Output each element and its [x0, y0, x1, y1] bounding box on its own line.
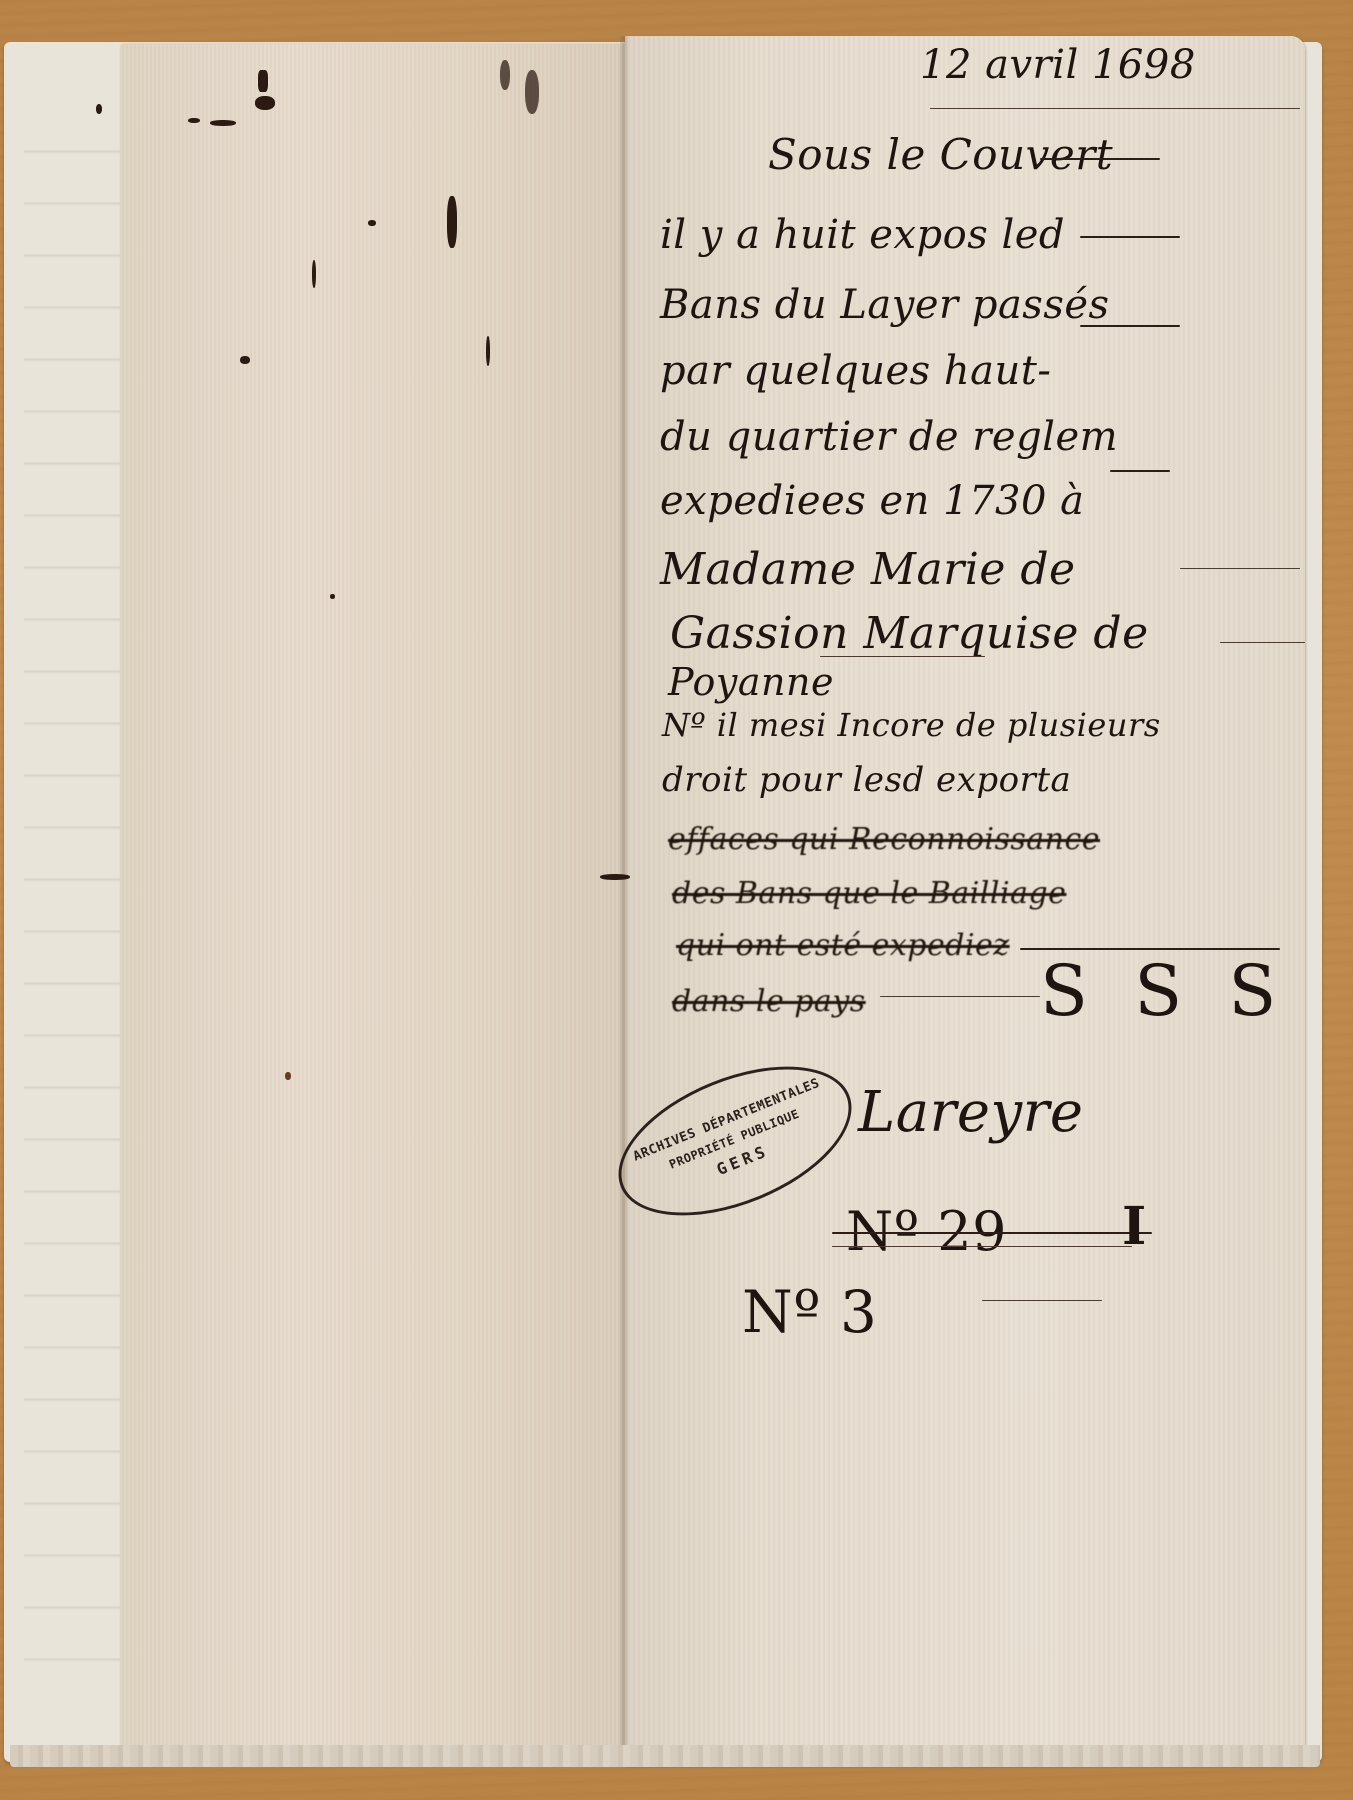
signature: Lareyre — [858, 1080, 1084, 1145]
body-line-6: expediees en 1730 à — [660, 478, 1085, 524]
fill-line — [1110, 470, 1170, 472]
body-line-9: Poyanne — [668, 660, 834, 704]
struck-line-3: qui ont esté expediez — [676, 928, 1010, 963]
body-line-10: Nº il mesi Incore de plusieurs — [662, 706, 1161, 744]
date-header: 12 avril 1698 — [920, 42, 1196, 88]
struck-line-4: dans le pays — [672, 984, 866, 1019]
fill-line — [1180, 568, 1300, 569]
header-rule — [930, 108, 1300, 109]
fill-line — [982, 1300, 1102, 1301]
fill-line — [1080, 236, 1180, 238]
left-page — [120, 44, 625, 1760]
body-line-8: Gassion Marquise de — [670, 608, 1149, 659]
body-line-2: il y a huit expos led — [660, 212, 1065, 258]
body-line-5: du quartier de reglem — [660, 414, 1118, 460]
old-number-mark: I — [1122, 1196, 1147, 1257]
struck-line-1: effaces qui Reconnoissance — [668, 822, 1100, 857]
fill-line — [1040, 158, 1160, 160]
body-line-4: par quelques haut- — [660, 348, 1051, 394]
body-line-7: Madame Marie de — [660, 544, 1076, 595]
body-line-1: Sous le Couvert — [768, 130, 1113, 179]
body-line-11: droit pour lesd exporta — [662, 760, 1071, 800]
new-number: Nº 3 — [742, 1278, 877, 1346]
fill-line — [880, 996, 1040, 997]
body-line-3: Bans du Layer passés — [660, 282, 1110, 328]
strike-line — [832, 1232, 1152, 1234]
bleed-through-text — [24, 102, 134, 1702]
deckle-edge — [10, 1745, 1320, 1767]
fill-line — [1220, 642, 1305, 643]
strike-line — [832, 1246, 1132, 1247]
struck-line-2: des Bans que le Bailliage — [672, 876, 1066, 911]
sss-mark: S S S — [1040, 950, 1288, 1032]
underline-passes — [1080, 325, 1180, 327]
page-fold — [620, 36, 628, 1766]
fill-line — [820, 656, 985, 657]
